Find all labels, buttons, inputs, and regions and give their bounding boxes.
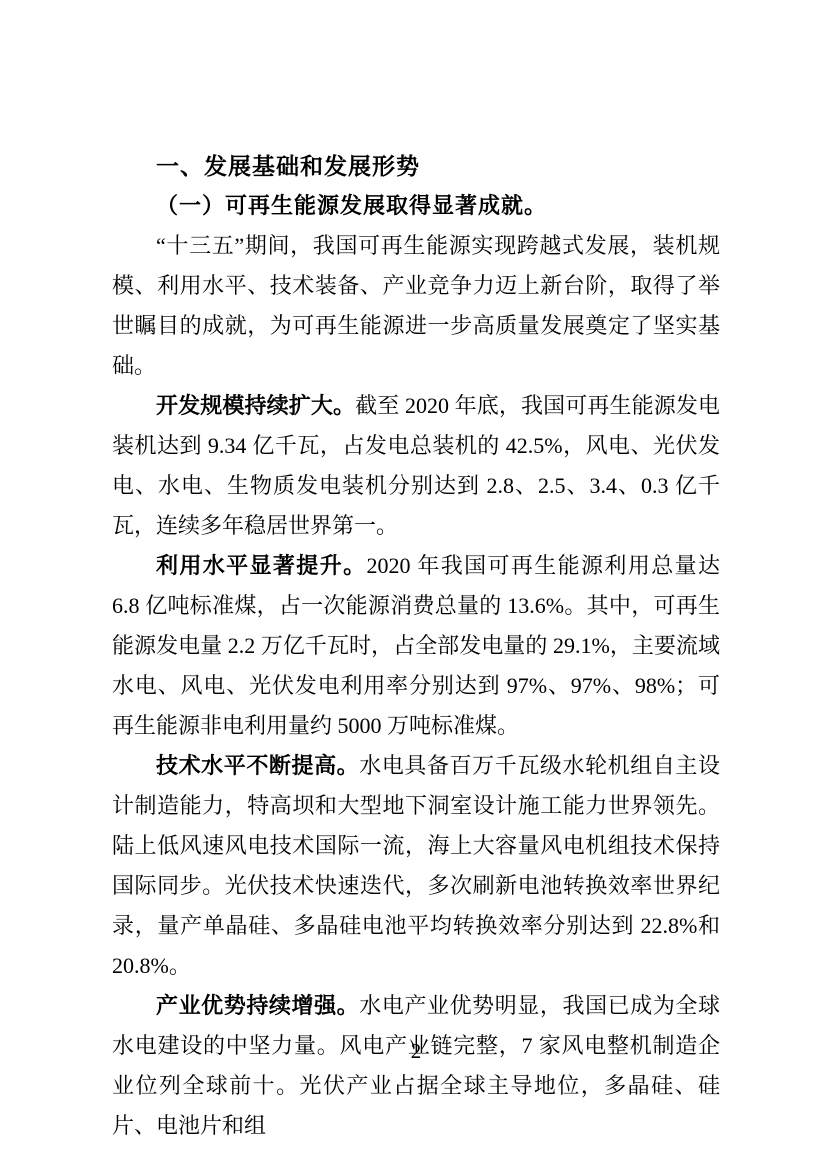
paragraph-text: 2020 年我国可再生能源利用总量达 6.8 亿吨标准煤，占一次能源消费总量的 … bbox=[112, 553, 720, 738]
paragraph: 利用水平显著提升。2020 年我国可再生能源利用总量达 6.8 亿吨标准煤，占一… bbox=[112, 546, 720, 746]
paragraph: 产业优势持续增强。水电产业优势明显，我国已成为全球水电建设的中坚力量。风电产业链… bbox=[112, 986, 720, 1146]
paragraph: 开发规模持续扩大。截至 2020 年底，我国可再生能源发电装机达到 9.34 亿… bbox=[112, 386, 720, 546]
section-heading: 一、发展基础和发展形势 bbox=[112, 146, 720, 186]
paragraph: 技术水平不断提高。水电具备百万千瓦级水轮机组自主设计制造能力，特高坝和大型地下洞… bbox=[112, 746, 720, 986]
paragraph-lead: 开发规模持续扩大。 bbox=[156, 393, 355, 418]
document-page: 一、发展基础和发展形势 （一）可再生能源发展取得显著成就。 “十三五”期间，我国… bbox=[0, 0, 826, 1169]
paragraph-text: “十三五”期间，我国可再生能源实现跨越式发展，装机规模、利用水平、技术装备、产业… bbox=[112, 233, 720, 378]
paragraph-lead: 产业优势持续增强。 bbox=[156, 993, 359, 1018]
document-content: 一、发展基础和发展形势 （一）可再生能源发展取得显著成就。 “十三五”期间，我国… bbox=[112, 146, 720, 1146]
page-number: 2 bbox=[112, 1036, 720, 1066]
paragraph: “十三五”期间，我国可再生能源实现跨越式发展，装机规模、利用水平、技术装备、产业… bbox=[112, 226, 720, 386]
paragraph-lead: 利用水平显著提升。 bbox=[156, 553, 366, 578]
paragraph-text: 水电具备百万千瓦级水轮机组自主设计制造能力，特高坝和大型地下洞室设计施工能力世界… bbox=[112, 753, 720, 978]
paragraph-lead: 技术水平不断提高。 bbox=[156, 753, 359, 778]
subsection-heading: （一）可再生能源发展取得显著成就。 bbox=[112, 186, 720, 226]
